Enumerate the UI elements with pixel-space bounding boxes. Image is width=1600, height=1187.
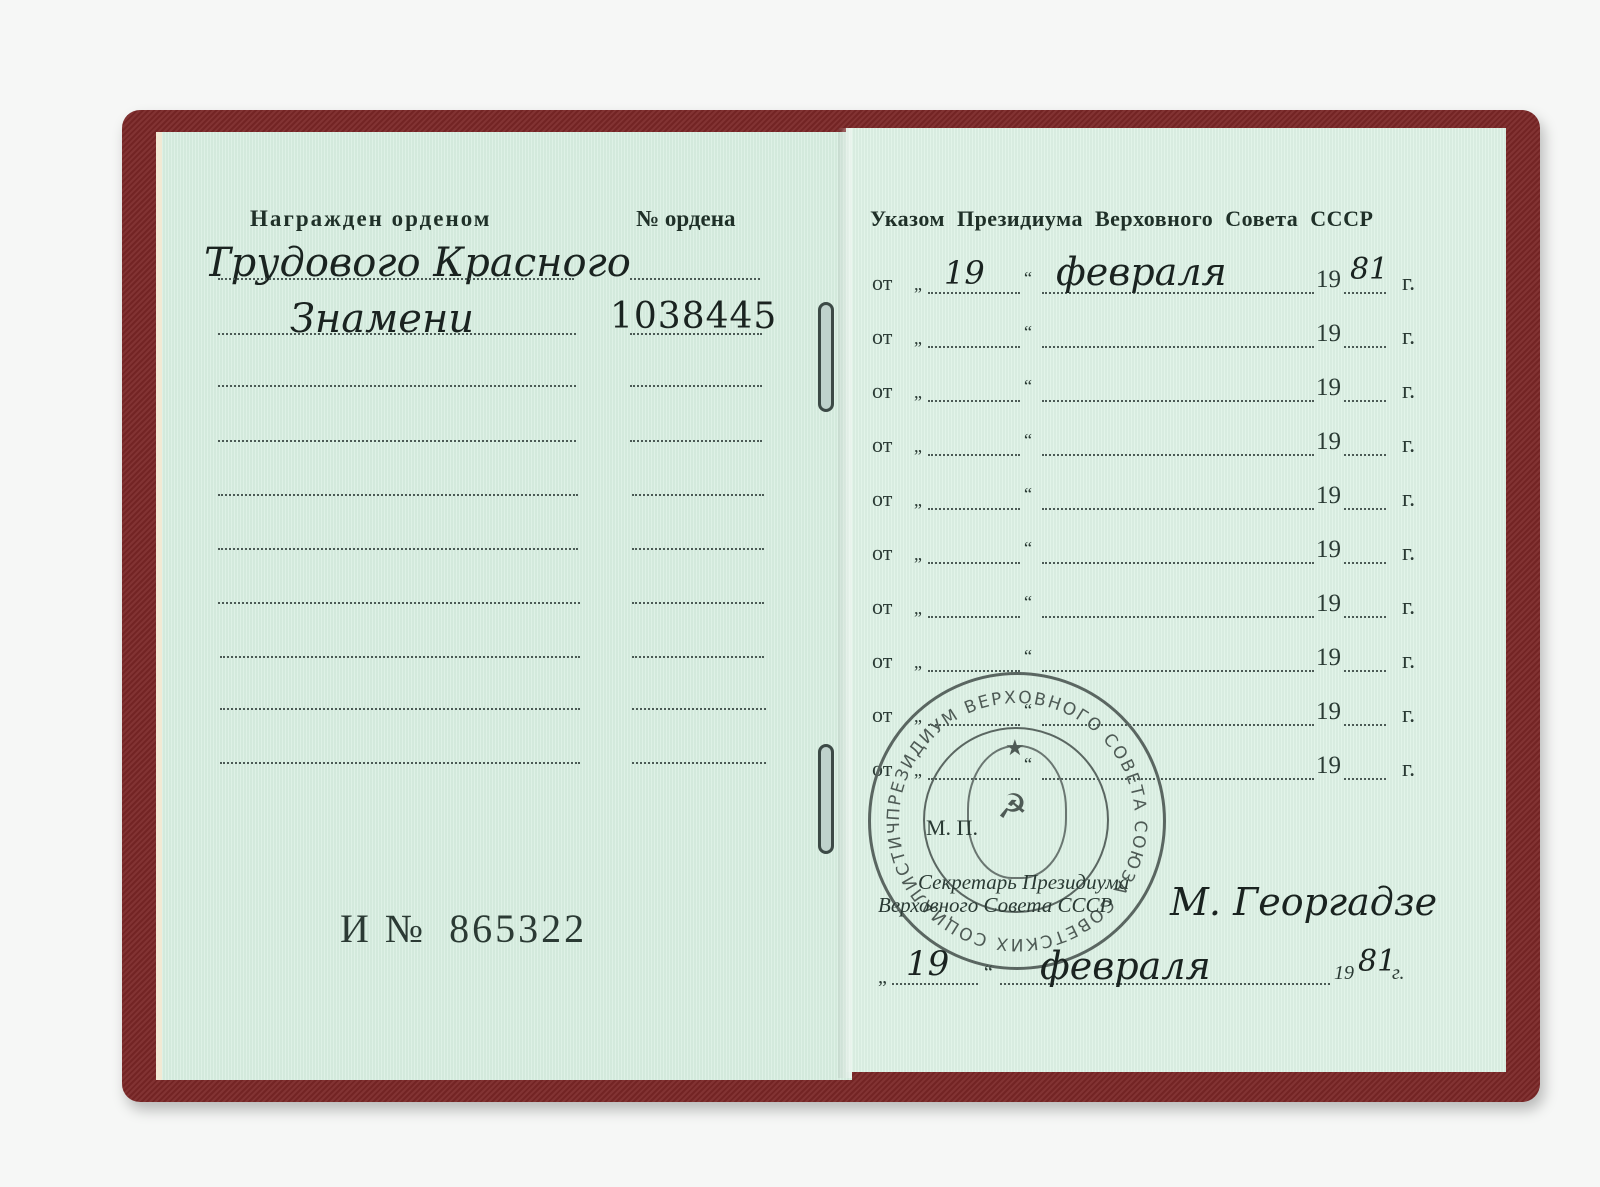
year-line (1344, 670, 1386, 672)
number-line (632, 602, 764, 604)
row-century: 19 (1316, 266, 1341, 294)
row-month: февраля (1056, 250, 1227, 294)
open-quote: „ (914, 274, 922, 295)
issue-year: 81 (1358, 944, 1396, 979)
number-line (630, 278, 760, 280)
year-line (1344, 454, 1386, 456)
day-line (928, 400, 1020, 402)
day-line (928, 508, 1020, 510)
month-line (1042, 562, 1314, 564)
open-quote: „ (914, 382, 922, 403)
issue-day: 19 (906, 944, 949, 984)
row-prefix: от (872, 594, 892, 620)
row-suffix: г. (1402, 324, 1415, 351)
row-century: 19 (1316, 482, 1341, 510)
order-number-header: № ордена (636, 206, 735, 232)
month-line (1042, 400, 1314, 402)
name-line (218, 494, 578, 496)
row-century: 19 (1316, 428, 1341, 456)
year-line (1344, 346, 1386, 348)
order-number-value: 1038445 (610, 296, 777, 337)
hammer-sickle-icon: ☭ (997, 787, 1027, 827)
seal-place-label: М. П. (926, 815, 978, 841)
close-quote: “ (1024, 268, 1032, 289)
month-line (1042, 508, 1314, 510)
issue-year-suffix: г. (1392, 962, 1405, 985)
serial-prefix: И № (340, 906, 426, 951)
month-line (1042, 670, 1314, 672)
awarded-header: Награжден орденом (250, 206, 491, 232)
open-quote: „ (914, 544, 922, 565)
name-line (220, 656, 580, 658)
number-line (632, 708, 766, 710)
row-prefix: от (872, 486, 892, 512)
row-suffix: г. (1402, 594, 1415, 621)
day-line (928, 292, 1020, 294)
open-quote: „ (914, 436, 922, 457)
row-century: 19 (1316, 590, 1341, 618)
close-quote: “ (1024, 484, 1032, 505)
row-suffix: г. (1402, 432, 1415, 459)
day-line (928, 454, 1020, 456)
row-suffix: г. (1402, 648, 1415, 675)
month-line (1042, 346, 1314, 348)
row-suffix: г. (1402, 270, 1415, 297)
number-line (632, 762, 766, 764)
row-suffix: г. (1402, 540, 1415, 567)
name-line (218, 278, 574, 280)
year-line (1344, 616, 1386, 618)
day-line (928, 616, 1020, 618)
name-line (218, 548, 578, 550)
close-quote: “ (1024, 538, 1032, 559)
name-line (218, 602, 580, 604)
name-line (218, 333, 576, 335)
row-prefix: от (872, 378, 892, 404)
row-suffix: г. (1402, 756, 1415, 783)
year-line (1344, 778, 1386, 780)
secretary-title-line1: Секретарь Президиума (918, 870, 1129, 895)
row-year: 81 (1350, 252, 1388, 287)
day-line (928, 346, 1020, 348)
order-name-line2: Знамени (290, 296, 474, 342)
secretary-title-line2: Верховного Совета СССР (878, 893, 1112, 918)
serial-number: И № 865322 (340, 905, 587, 952)
open-quote: „ (914, 328, 922, 349)
row-century: 19 (1316, 536, 1341, 564)
row-century: 19 (1316, 698, 1341, 726)
row-century: 19 (1316, 644, 1341, 672)
year-line (1344, 724, 1386, 726)
name-line (220, 762, 580, 764)
close-quote: “ (1024, 376, 1032, 397)
close-quote: “ (1024, 592, 1032, 613)
star-icon: ★ (1005, 735, 1025, 761)
issue-century: 19 (1334, 962, 1354, 985)
row-century: 19 (1316, 320, 1341, 348)
serial-value: 865322 (449, 906, 587, 951)
name-line (218, 385, 576, 387)
close-quote: “ (1024, 646, 1032, 667)
open-quote: „ (914, 490, 922, 511)
row-prefix: от (872, 270, 892, 296)
open-quote: „ (914, 598, 922, 619)
year-line (1344, 562, 1386, 564)
staple-top (818, 302, 834, 412)
signature: М. Георгадзе (1170, 880, 1437, 924)
number-line (630, 440, 762, 442)
row-suffix: г. (1402, 378, 1415, 405)
close-quote: “ (1024, 430, 1032, 451)
month-line (1042, 616, 1314, 618)
number-line (632, 548, 764, 550)
number-line (632, 656, 764, 658)
name-line (220, 708, 580, 710)
close-quote: “ (1024, 322, 1032, 343)
row-day: 19 (944, 254, 985, 292)
state-seal: ПРЕЗИДИУМ ВЕРХОВНОГО СОВЕТА СОЮЗА СОВЕТС… (868, 672, 1166, 970)
day-line (928, 562, 1020, 564)
year-line (1344, 400, 1386, 402)
issue-month: февраля (1040, 944, 1211, 988)
name-line (218, 440, 576, 442)
decree-header: Указом Президиума Верховного Совета СССР (870, 206, 1373, 232)
row-prefix: от (872, 540, 892, 566)
row-suffix: г. (1402, 486, 1415, 513)
number-line (630, 333, 762, 335)
year-line (1344, 508, 1386, 510)
row-century: 19 (1316, 752, 1341, 780)
year-line (1344, 292, 1386, 294)
staple-bottom (818, 744, 834, 854)
row-prefix: от (872, 648, 892, 674)
row-prefix: от (872, 324, 892, 350)
month-line (1042, 454, 1314, 456)
row-prefix: от (872, 432, 892, 458)
number-line (630, 385, 762, 387)
booklet-spine (838, 128, 852, 1078)
row-suffix: г. (1402, 702, 1415, 729)
open-quote: „ (914, 652, 922, 673)
number-line (632, 494, 764, 496)
row-century: 19 (1316, 374, 1341, 402)
